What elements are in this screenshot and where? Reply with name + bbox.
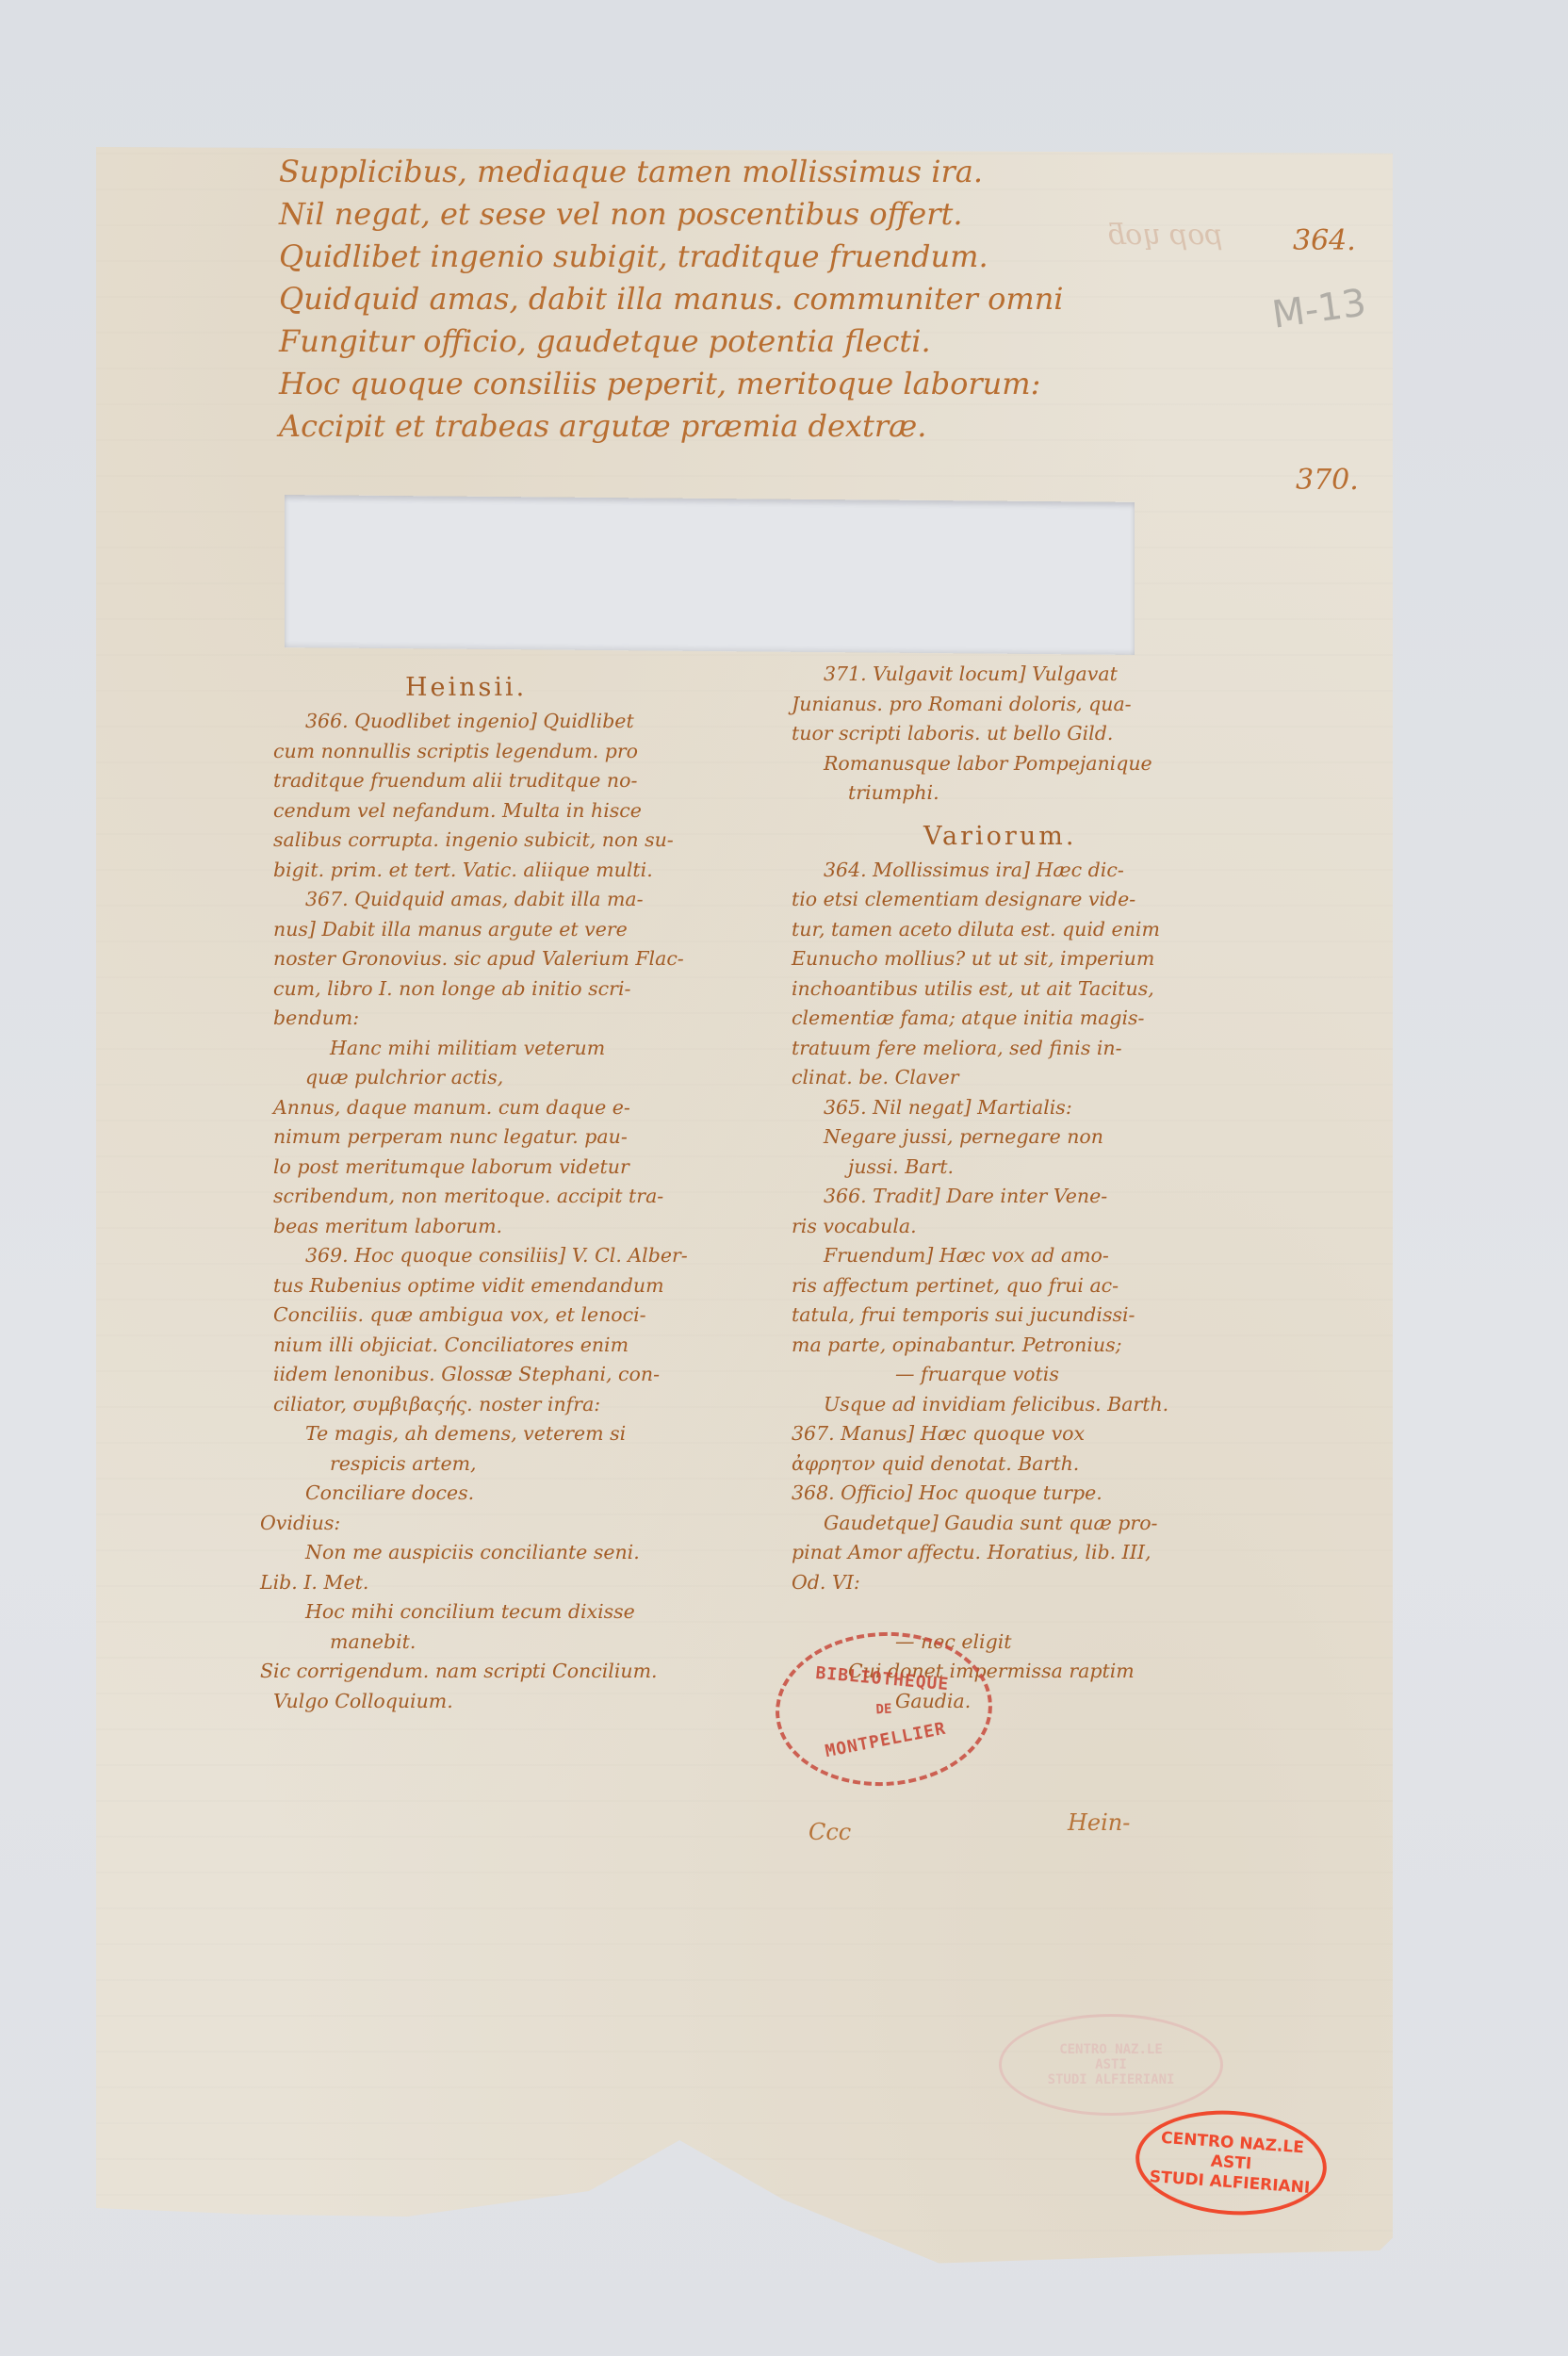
commentary-line: 369. Hoc quoque consiliis] V. Cl. Alber- xyxy=(273,1241,763,1271)
commentary-line: Conciliare doces. xyxy=(273,1479,763,1509)
commentary-line: salibus corrupta. ingenio subicit, non s… xyxy=(273,826,763,856)
commentary-line: Od. VI: xyxy=(792,1568,1282,1598)
commentary-line: clementiæ fama; atque initia magis- xyxy=(792,1004,1282,1034)
commentary-line: Hanc mihi militiam veterum xyxy=(273,1034,763,1064)
line-number-top: 364. xyxy=(1293,224,1356,257)
commentary-line: cendum vel nefandum. Multa in hisce xyxy=(273,796,763,826)
commentary-line: noster Gronovius. sic apud Valerium Flac… xyxy=(273,944,763,974)
stamp-text: CENTRO NAZ.LE xyxy=(1059,2042,1163,2057)
commentary-line: quæ pulchrior actis, xyxy=(273,1063,763,1093)
verse-line: Quidlibet ingenio subigit, traditque fru… xyxy=(279,236,1064,278)
commentary-line: pinat Amor affectu. Horatius, lib. III, xyxy=(792,1538,1282,1568)
verse-line: Hoc quoque consiliis peperit, meritoque … xyxy=(279,363,1064,405)
commentary-line: tuor scripti laboris. ut bello Gild. xyxy=(792,719,1282,749)
commentary-line: tratuum fere meliora, sed finis in- xyxy=(792,1034,1282,1064)
commentary-line: Romanusque labor Pompejanique xyxy=(792,749,1282,779)
commentary-line: Vulgo Colloquium. xyxy=(273,1687,763,1717)
commentary-line: nium illi objiciat. Conciliatores enim xyxy=(273,1331,763,1361)
commentary-line: lo post meritumque laborum videtur xyxy=(273,1153,763,1183)
commentary-line: Ovidius: xyxy=(260,1509,763,1539)
commentary-line: clinat. be. Claver xyxy=(792,1063,1282,1093)
commentary-line: Fruendum] Hæc vox ad amo- xyxy=(792,1241,1282,1271)
commentary-line: ἀφρητον quid denotat. Barth. xyxy=(792,1449,1282,1480)
commentary-heinsii: Heinsii. 366. Quodlibet ingenio] Quidlib… xyxy=(273,669,763,1716)
section-heading: Heinsii. xyxy=(273,669,763,707)
commentary-line: 367. Manus] Hæc quoque vox xyxy=(792,1419,1282,1449)
commentary-line: triumphi. xyxy=(792,778,1282,809)
commentary-line: Negare jussi, pernegare non xyxy=(792,1122,1282,1153)
commentary-line: 368. Officio] Hoc quoque turpe. xyxy=(792,1479,1282,1509)
verse-line: Quidquid amas, dabit illa manus. communi… xyxy=(279,278,1064,320)
commentary-line: nimum perperam nunc legatur. pau- xyxy=(273,1122,763,1153)
commentary-right: 371. Vulgavit locum] VulgavatJunianus. p… xyxy=(792,660,1282,1716)
verse-line: Supplicibus, mediaque tamen mollissimus … xyxy=(279,151,1064,193)
commentary-line: jussi. Bart. xyxy=(792,1153,1282,1183)
stamp-text: STUDI ALFIERIANI xyxy=(1149,2168,1311,2199)
commentary-line: ris vocabula. xyxy=(792,1212,1282,1242)
commentary-line: tus Rubenius optime vidit emendandum xyxy=(273,1271,763,1301)
paper-cutout-gap xyxy=(285,495,1135,655)
commentary-line: Conciliis. quæ ambigua vox, et lenoci- xyxy=(273,1301,763,1331)
commentary-line: cum nonnullis scriptis legendum. pro xyxy=(273,737,763,767)
verse-line: Accipit et trabeas argutæ præmia dextræ. xyxy=(279,405,1064,448)
commentary-line: — fruarque votis xyxy=(792,1360,1282,1390)
line-number-bottom: 370. xyxy=(1296,464,1359,497)
commentary-line: ciliator, συμβιβαςής. noster infra: xyxy=(273,1390,763,1420)
commentary-line: Junianus. pro Romani doloris, qua- xyxy=(792,690,1282,720)
verse-line: Nil negat, et sese vel non poscentibus o… xyxy=(279,193,1064,236)
commentary-line: 366. Tradit] Dare inter Vene- xyxy=(792,1182,1282,1212)
stamp-text: ASTI xyxy=(1210,2151,1252,2174)
commentary-line: tio etsi clementiam designare vide- xyxy=(792,885,1282,915)
commentary-line: Hoc mihi concilium tecum dixisse xyxy=(273,1597,763,1628)
commentary-line: bendum: xyxy=(273,1004,763,1034)
commentary-line: tatula, frui temporis sui jucundissi- xyxy=(792,1301,1282,1331)
commentary-line: tur, tamen aceto diluta est. quid enim xyxy=(792,915,1282,945)
commentary-line: beas meritum laborum. xyxy=(273,1212,763,1242)
stamp-text: STUDI ALFIERIANI xyxy=(1048,2072,1175,2087)
commentary-line: Sic corrigendum. nam scripti Concilium. xyxy=(260,1657,763,1687)
commentary-line: 365. Nil negat] Martialis: xyxy=(792,1093,1282,1123)
commentary-line: ma parte, opinabantur. Petronius; xyxy=(792,1331,1282,1361)
commentary-line: ris affectum pertinet, quo frui ac- xyxy=(792,1271,1282,1301)
signature-mark: Ccc xyxy=(808,1819,851,1845)
commentary-line: Annus, daque manum. cum daque e- xyxy=(273,1093,763,1123)
commentary-line: traditque fruendum alii truditque no- xyxy=(273,766,763,796)
commentary-line: cum, libro I. non longe ab initio scri- xyxy=(273,974,763,1005)
catchword: Hein- xyxy=(1068,1809,1130,1836)
commentary-line: Usque ad invidiam felicibus. Barth. xyxy=(792,1390,1282,1420)
commentary-line xyxy=(792,1597,1282,1628)
commentary-line: 371. Vulgavit locum] Vulgavat xyxy=(792,660,1282,690)
verse-line: Fungitur officio, gaudetque potentia fle… xyxy=(279,320,1064,363)
verse-block: Supplicibus, mediaque tamen mollissimus … xyxy=(279,151,1064,448)
commentary-line: respicis artem, xyxy=(273,1449,763,1480)
stamp-text: BIBLIOTHEQUE xyxy=(815,1662,950,1693)
commentary-line: 366. Quodlibet ingenio] Quidlibet xyxy=(273,707,763,737)
commentary-line: iidem lenonibus. Glossæ Stephani, con- xyxy=(273,1360,763,1390)
commentary-line: Non me auspiciis conciliante seni. xyxy=(273,1538,763,1568)
commentary-line: manebit. xyxy=(273,1628,763,1658)
commentary-line: 367. Quidquid amas, dabit illa ma- xyxy=(273,885,763,915)
commentary-line: 364. Mollissimus ira] Hæc dic- xyxy=(792,856,1282,886)
commentary-line: Te magis, ah demens, veterem si xyxy=(273,1419,763,1449)
commentary-line: Lib. I. Met. xyxy=(260,1568,763,1598)
commentary-line: inchoantibus utilis est, ut ait Tacitus, xyxy=(792,974,1282,1005)
stamp-text: MONTPELLIER xyxy=(824,1718,948,1760)
bleed-through-text: pop ɥoƃ xyxy=(1107,219,1223,252)
stamp-text: ASTI xyxy=(1095,2057,1127,2072)
commentary-line: scribendum, non meritoque. accipit tra- xyxy=(273,1182,763,1212)
commentary-line: nus] Dabit illa manus argute et vere xyxy=(273,915,763,945)
faded-stamp: CENTRO NAZ.LE ASTI STUDI ALFIERIANI xyxy=(999,2014,1223,2116)
stamp-text: DE xyxy=(875,1701,892,1717)
commentary-line: Eunucho mollius? ut ut sit, imperium xyxy=(792,944,1282,974)
commentary-line: Gaudetque] Gaudia sunt quæ pro- xyxy=(792,1509,1282,1539)
section-heading: Variorum. xyxy=(792,818,1282,856)
commentary-line: bigit. prim. et tert. Vatic. aliique mul… xyxy=(273,856,763,886)
